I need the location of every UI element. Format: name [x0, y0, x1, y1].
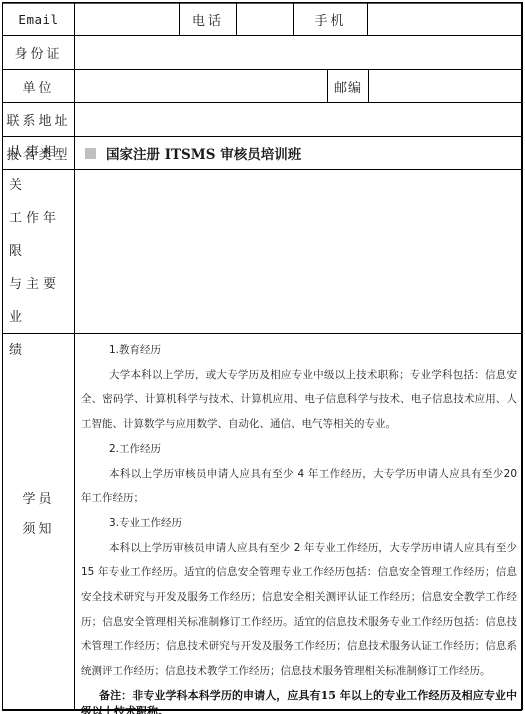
phone-label: 电话 — [179, 2, 236, 35]
table-bottom-border — [2, 709, 522, 711]
notes-label-line: 学员 — [22, 485, 54, 515]
email-label: Email — [2, 2, 74, 35]
experience-label: 从事相关 工作年限 与主要业 绩 — [2, 169, 74, 333]
address-field[interactable] — [74, 102, 521, 136]
table-right-border — [521, 2, 523, 710]
id-card-field[interactable] — [74, 35, 521, 69]
id-card-label: 身份证 — [2, 35, 74, 69]
notes-label: 学员 须知 — [2, 333, 74, 710]
notes-content: 1.教育经历 大学本科以上学历，或大专学历及相应专业中级以上技术职称；专业学科包… — [74, 333, 521, 710]
email-field[interactable] — [74, 2, 179, 35]
mobile-field[interactable] — [367, 2, 521, 35]
address-label: 联系地址 — [2, 102, 74, 136]
experience-field[interactable] — [74, 169, 521, 333]
registration-type-option[interactable]: 国家注册 ITSMS 审核员培训班 — [74, 136, 521, 169]
postcode-field[interactable] — [368, 69, 521, 102]
experience-label-line: 从事相关 — [9, 136, 74, 202]
registration-form-table: Email 电话 手机 身份证 单位 邮编 联系地址 报名类型 国家注册 ITS… — [2, 2, 521, 710]
organization-field[interactable] — [74, 69, 327, 102]
registration-type-option-label: 国家注册 ITSMS 审核员培训班 — [106, 143, 301, 163]
notes-paragraph-professional: 本科以上学历审核员申请人应具有至少 2 年专业工作经历，大专学历申请人应具有至少… — [81, 536, 517, 684]
experience-label-line: 工作年限 — [9, 202, 74, 268]
notes-paragraph-work: 本科以上学历审核员申请人应具有至少 4 年工作经历，大专学历申请人应具有至少20… — [81, 462, 517, 511]
phone-field[interactable] — [236, 2, 293, 35]
experience-label-line: 与主要业 — [9, 268, 74, 334]
notes-heading-education: 1.教育经历 — [81, 338, 517, 363]
notes-label-line: 须知 — [22, 515, 54, 545]
postcode-label: 邮编 — [327, 69, 368, 102]
notes-paragraph-education: 大学本科以上学历，或大专学历及相应专业中级以上技术职称；专业学科包括：信息安全、… — [81, 363, 517, 437]
mobile-label: 手机 — [293, 2, 367, 35]
notes-heading-professional: 3.专业工作经历 — [81, 511, 517, 536]
organization-label: 单位 — [2, 69, 74, 102]
checkbox-icon[interactable] — [85, 148, 96, 159]
notes-heading-work: 2.工作经历 — [81, 437, 517, 462]
